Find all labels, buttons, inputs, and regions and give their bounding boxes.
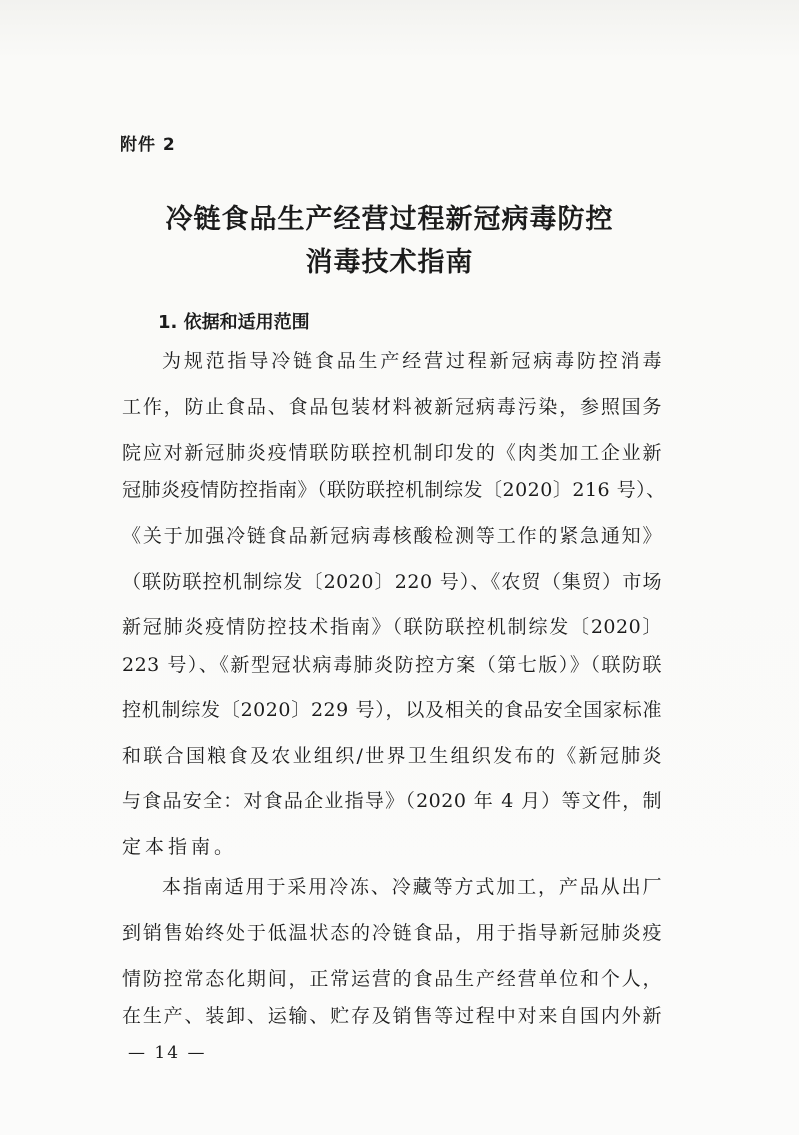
document-title-line-2: 消毒技术指南 bbox=[0, 240, 789, 279]
text-line: 和联合国粮食及农业组织/世界卫生组织发布的《新冠肺炎 bbox=[122, 741, 662, 768]
text-line: 《关于加强冷链食品新冠病毒核酸检测等工作的紧急通知》 bbox=[122, 521, 662, 548]
section-heading: 1. 依据和适用范围 bbox=[158, 308, 310, 334]
text-line: 冠肺炎疫情防控指南》（联防联控机制综发〔2020〕216 号）、 bbox=[122, 475, 662, 502]
text-line: 院应对新冠肺炎疫情联防联控机制印发的《肉类加工企业新 bbox=[122, 438, 662, 465]
text-line: 本指南适用于采用冷冻、冷藏等方式加工，产品从出厂 bbox=[162, 872, 662, 899]
attachment-label: 附件 2 bbox=[120, 130, 176, 155]
document-title-line-1: 冷链食品生产经营过程新冠病毒防控 bbox=[0, 197, 789, 236]
text-line: 在生产、装卸、运输、贮存及销售等过程中对来自国内外新 bbox=[122, 1001, 662, 1028]
text-line: 新冠肺炎疫情防控技术指南》（联防联控机制综发〔2020〕 bbox=[122, 612, 662, 639]
text-line: 与食品安全：对食品企业指导》（2020 年 4 月）等文件，制 bbox=[122, 786, 662, 813]
text-line: 控机制综发〔2020〕229 号），以及相关的食品安全国家标准 bbox=[122, 695, 662, 722]
document-page: 附件 2 冷链食品生产经营过程新冠病毒防控 消毒技术指南 1. 依据和适用范围 … bbox=[0, 0, 799, 1135]
text-line: 为规范指导冷链食品生产经营过程新冠病毒防控消毒 bbox=[162, 346, 662, 373]
text-line: （联防联控机制综发〔2020〕220 号）、《农贸（集贸）市场 bbox=[122, 567, 662, 594]
text-line: 223 号）、《新型冠状病毒肺炎防控方案（第七版）》（联防联 bbox=[122, 650, 662, 677]
page-number: — 14 — bbox=[128, 1043, 206, 1063]
text-line: 到销售始终处于低温状态的冷链食品，用于指导新冠肺炎疫 bbox=[122, 918, 662, 945]
text-line: 定本指南。 bbox=[122, 832, 237, 859]
text-line: 情防控常态化期间，正常运营的食品生产经营单位和个人， bbox=[122, 964, 662, 991]
text-line: 工作，防止食品、食品包装材料被新冠病毒污染，参照国务 bbox=[122, 392, 662, 419]
